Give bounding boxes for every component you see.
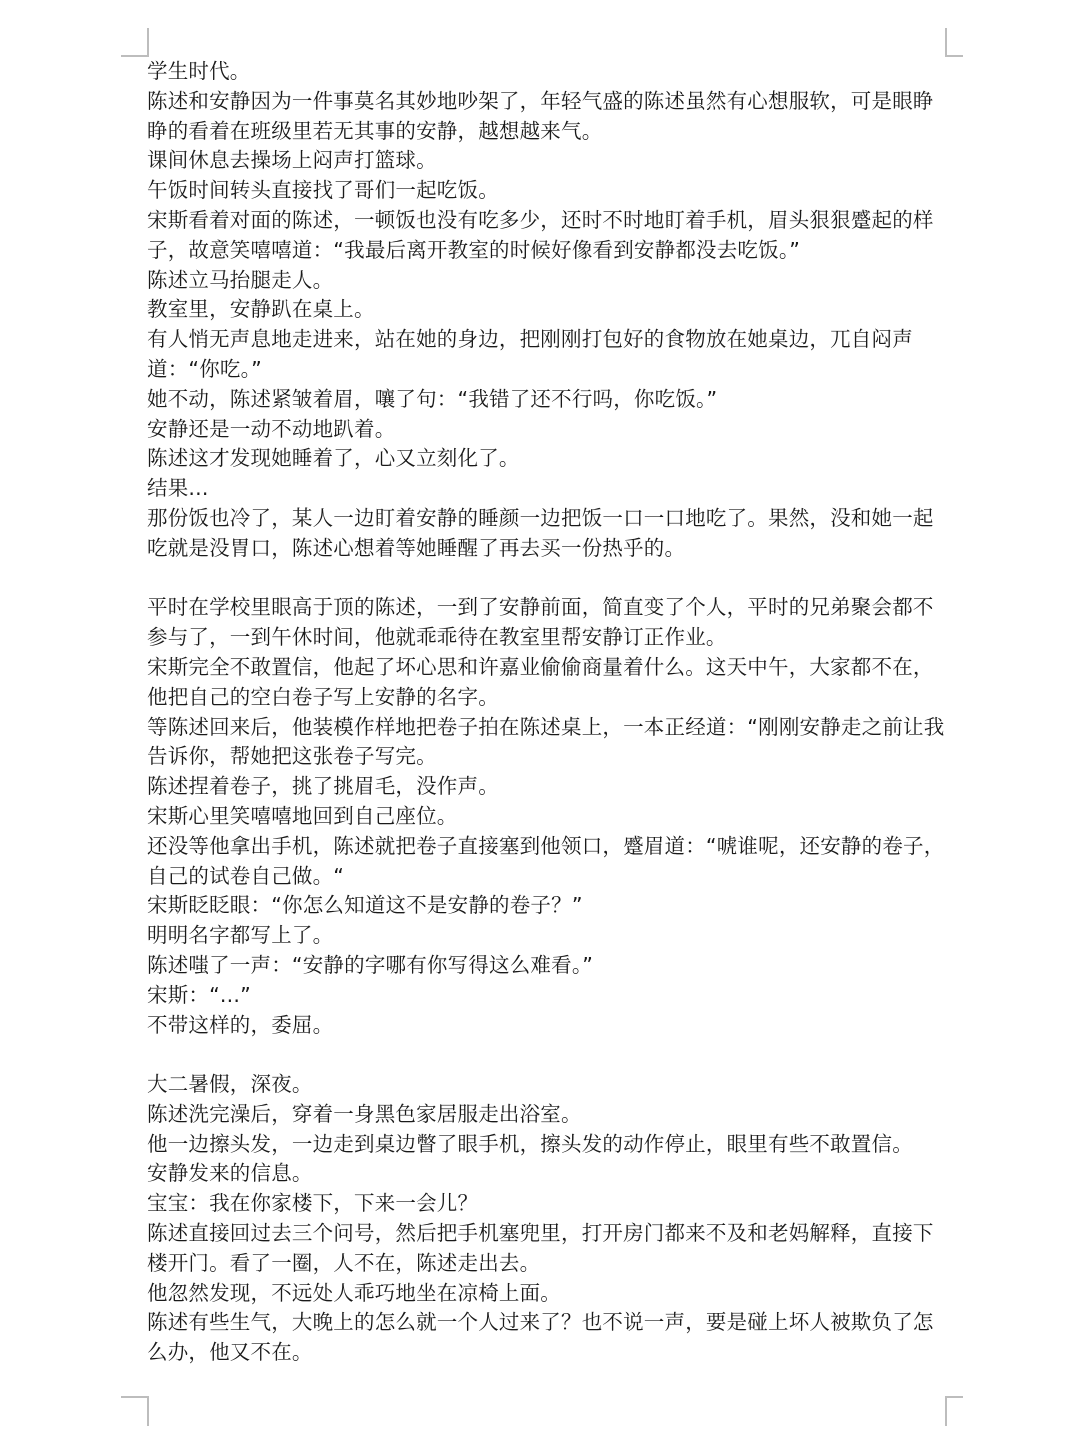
paragraph: 等陈述回来后，他装模作样地把卷子拍在陈述桌上，一本正经道：“刚刚安静走之前让我告…	[147, 713, 947, 773]
page-corner-mark-top-left	[121, 28, 149, 57]
paragraph: 陈述直接回过去三个问号，然后把手机塞兜里，打开房门都来不及和老妈解释，直接下楼开…	[147, 1219, 947, 1279]
paragraph: 还没等他拿出手机，陈述就把卷子直接塞到他领口，蹙眉道：“唬谁呢，还安静的卷子，自…	[147, 832, 947, 892]
paragraph: 午饭时间转头直接找了哥们一起吃饭。	[147, 176, 947, 206]
paragraph: 宋斯眨眨眼：“你怎么知道这不是安静的卷子？”	[147, 891, 947, 921]
page-corner-mark-top-right	[945, 28, 963, 57]
paragraph: 他一边擦头发，一边走到桌边瞥了眼手机，擦头发的动作停止，眼里有些不敢置信。	[147, 1130, 947, 1160]
paragraph: 不带这样的，委屈。	[147, 1011, 947, 1041]
paragraph: 学生时代。	[147, 57, 947, 87]
paragraph: 宝宝：我在你家楼下，下来一会儿？	[147, 1189, 947, 1219]
paragraph: 陈述洗完澡后，穿着一身黑色家居服走出浴室。	[147, 1100, 947, 1130]
paragraph: 他忽然发现，不远处人乖巧地坐在凉椅上面。	[147, 1279, 947, 1309]
paragraph: 她不动，陈述紧皱着眉，嚷了句：“我错了还不行吗，你吃饭。”	[147, 385, 947, 415]
paragraph: 宋斯完全不敢置信，他起了坏心思和许嘉业偷偷商量着什么。这天中午，大家都不在，他把…	[147, 653, 947, 713]
page-corner-mark-bottom-left	[121, 1396, 149, 1426]
paragraph: 陈述嗤了一声：“安静的字哪有你写得这么难看。”	[147, 951, 947, 981]
paragraph: 那份饭也冷了，某人一边盯着安静的睡颜一边把饭一口一口地吃了。果然，没和她一起吃就…	[147, 504, 947, 564]
paragraph: 陈述这才发现她睡着了，心又立刻化了。	[147, 444, 947, 474]
paragraph: 明明名字都写上了。	[147, 921, 947, 951]
paragraph: 教室里，安静趴在桌上。	[147, 295, 947, 325]
paragraph: 有人悄无声息地走进来，站在她的身边，把刚刚打包好的食物放在她桌边，兀自闷声道：“…	[147, 325, 947, 385]
paragraph: 陈述有些生气，大晚上的怎么就一个人过来了？也不说一声，要是碰上坏人被欺负了怎么办…	[147, 1308, 947, 1368]
paragraph: 安静还是一动不动地趴着。	[147, 415, 947, 445]
paragraph: 课间休息去操场上闷声打篮球。	[147, 146, 947, 176]
paragraph: 宋斯心里笑嘻嘻地回到自己座位。	[147, 802, 947, 832]
paragraph: 宋斯看着对面的陈述，一顿饭也没有吃多少，还时不时地盯着手机，眉头狠狠蹙起的样子，…	[147, 206, 947, 266]
paragraph: 陈述和安静因为一件事莫名其妙地吵架了，年轻气盛的陈述虽然有心想服软，可是眼睁睁的…	[147, 87, 947, 147]
page-corner-mark-bottom-right	[945, 1396, 963, 1426]
paragraph: 结果...	[147, 474, 947, 504]
paragraph: 陈述立马抬腿走人。	[147, 266, 947, 296]
paragraph: 平时在学校里眼高于顶的陈述，一到了安静前面，简直变了个人，平时的兄弟聚会都不参与…	[147, 593, 947, 653]
document-body: 学生时代。 陈述和安静因为一件事莫名其妙地吵架了，年轻气盛的陈述虽然有心想服软，…	[147, 57, 947, 1368]
paragraph: 陈述捏着卷子，挑了挑眉毛，没作声。	[147, 772, 947, 802]
blank-line	[147, 1040, 947, 1070]
document-page: 学生时代。 陈述和安静因为一件事莫名其妙地吵架了，年轻气盛的陈述虽然有心想服软，…	[0, 0, 1080, 1440]
blank-line	[147, 564, 947, 594]
paragraph: 大二暑假，深夜。	[147, 1070, 947, 1100]
paragraph: 安静发来的信息。	[147, 1159, 947, 1189]
paragraph: 宋斯：“...”	[147, 981, 947, 1011]
